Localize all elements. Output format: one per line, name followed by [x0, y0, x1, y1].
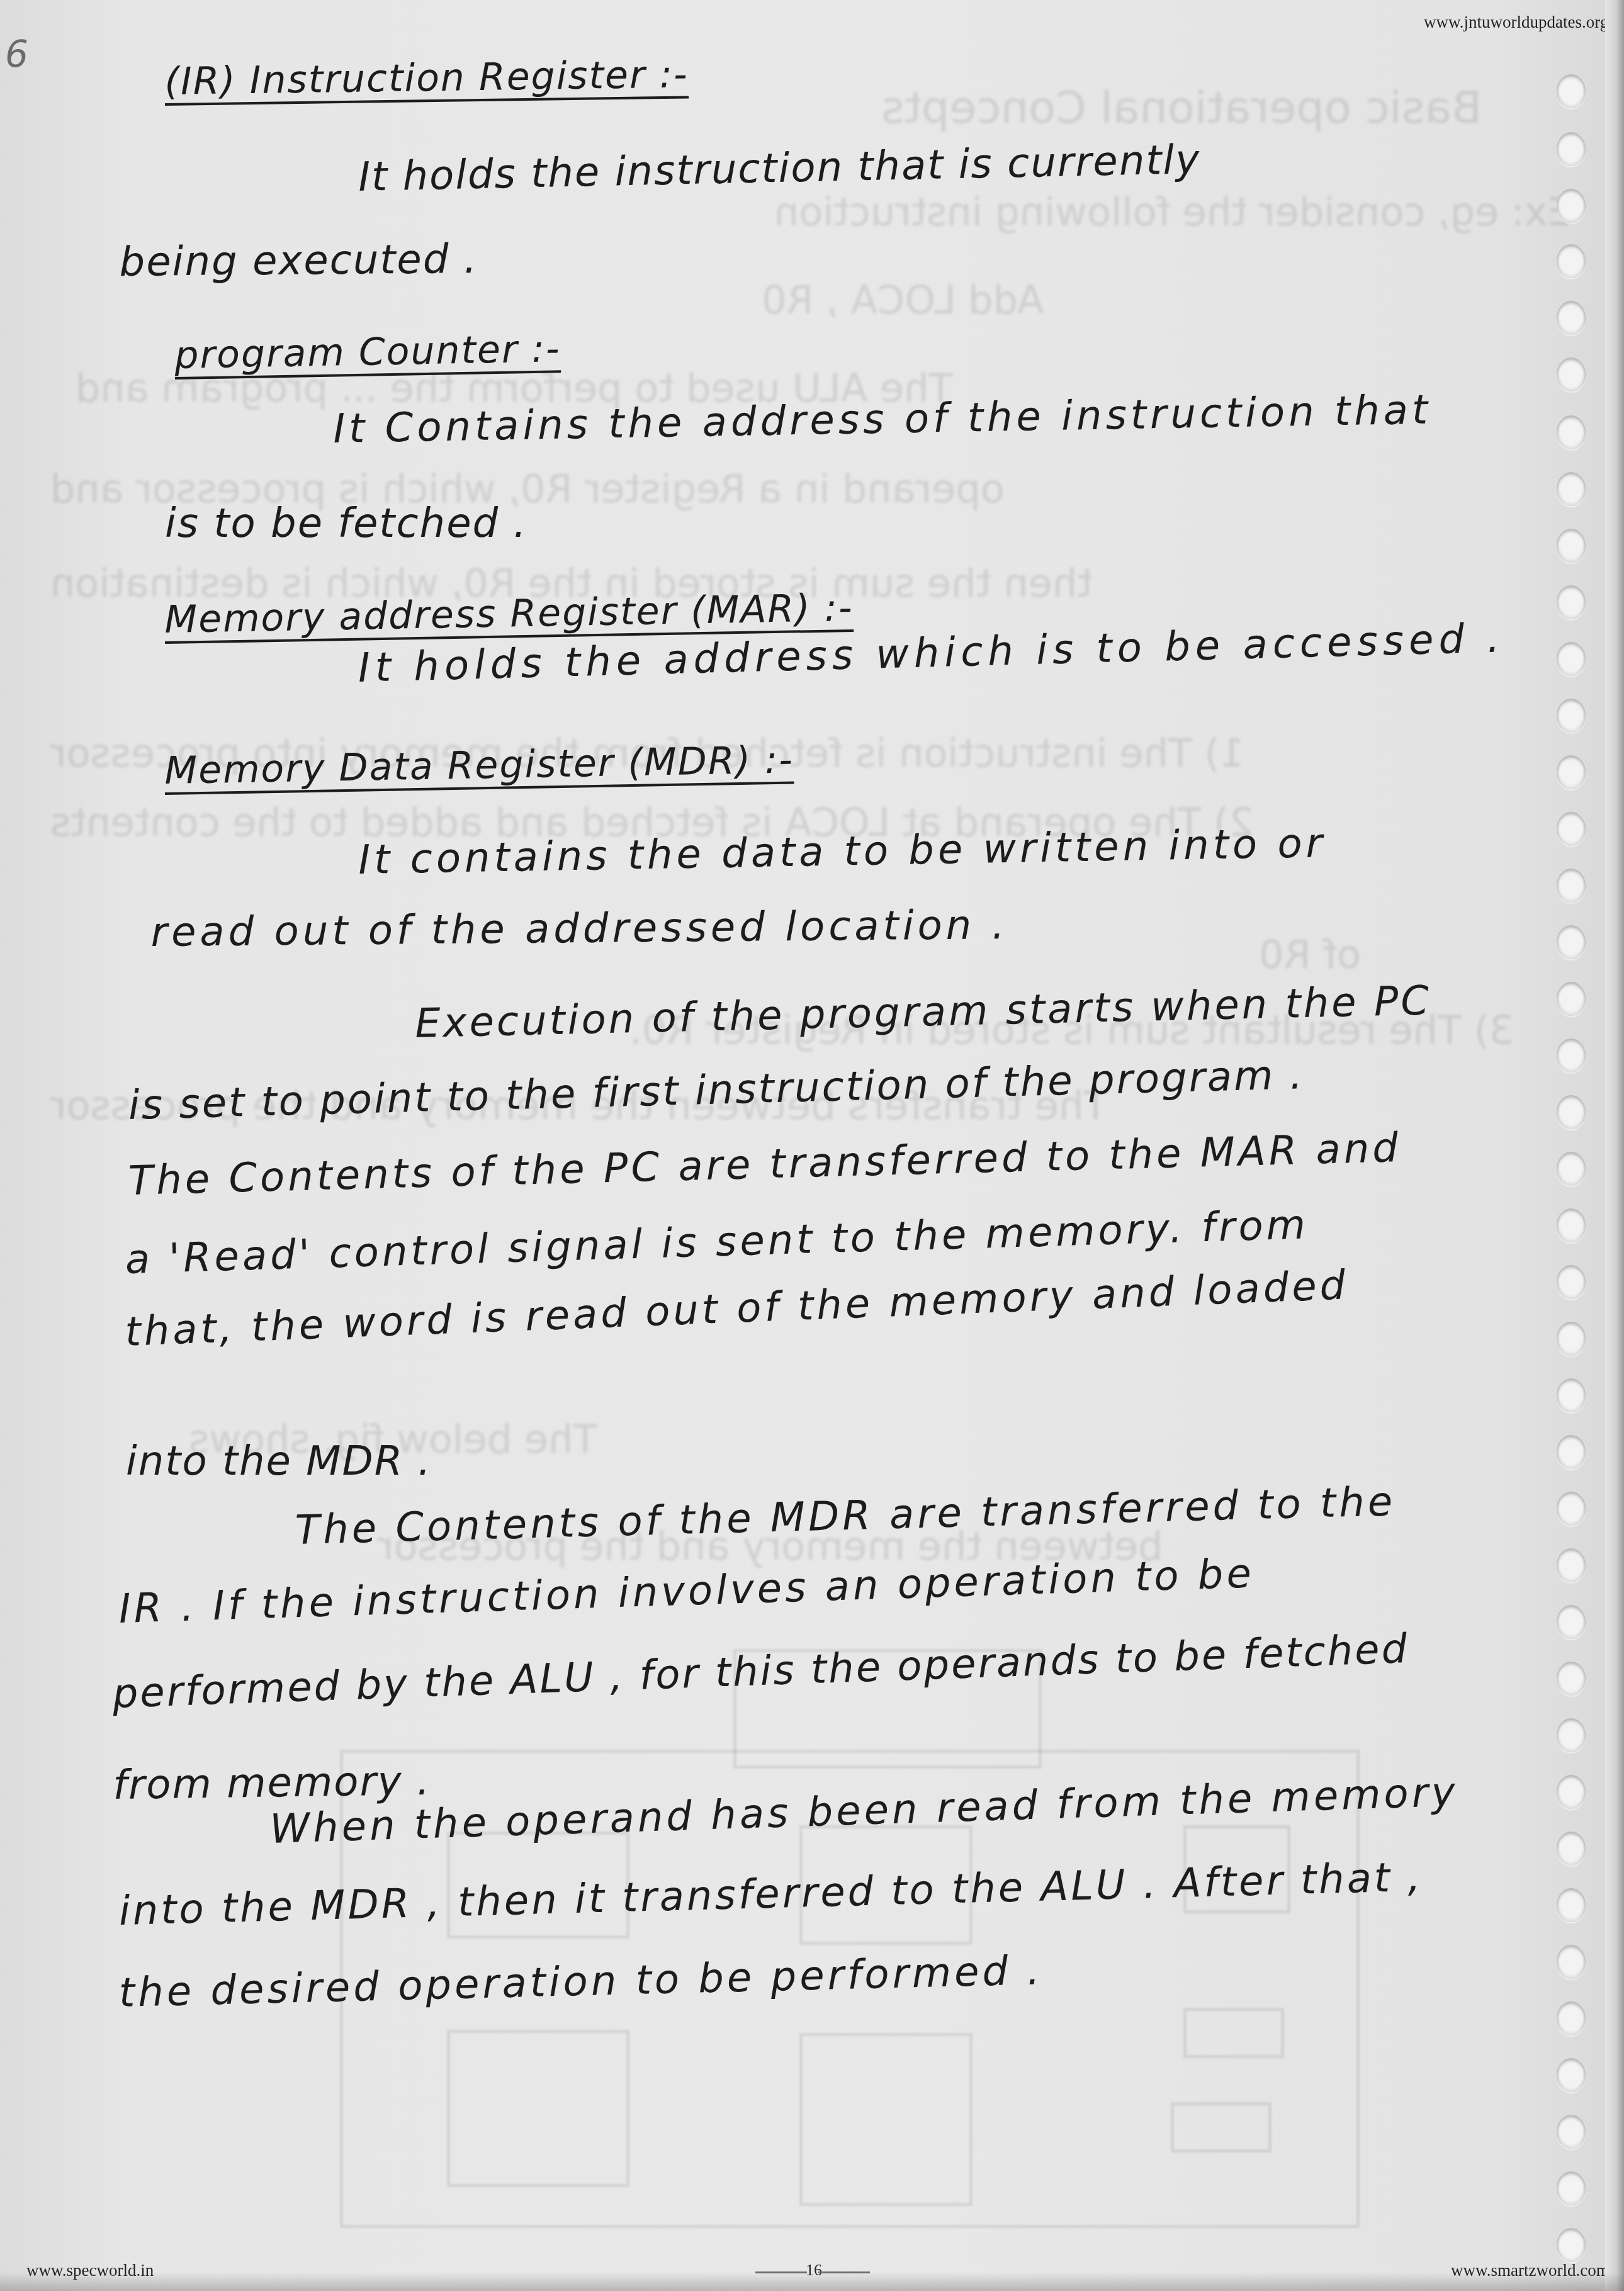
binder-hole: [1557, 982, 1586, 1016]
watermark-top-right[interactable]: www.jntuworldupdates.org: [1424, 13, 1608, 32]
binder-hole: [1557, 132, 1586, 166]
section-text: read out of the addressed location .: [150, 902, 1008, 956]
binder-hole: [1557, 74, 1586, 108]
ghost-box-pc: [1183, 2008, 1284, 2058]
section-heading-pc: program Counter :-: [174, 327, 561, 378]
binder-hole: [1557, 2171, 1586, 2205]
binder-hole: [1557, 812, 1586, 846]
binder-hole: [1557, 925, 1586, 959]
paragraph-line: The Contents of the PC are transferred t…: [128, 1125, 1402, 1205]
binder-hole: [1557, 1095, 1586, 1129]
binder-hole: [1557, 1775, 1586, 1809]
binder-hole: [1557, 1208, 1586, 1242]
binder-hole: [1557, 1662, 1586, 1696]
binder-hole: [1557, 1832, 1586, 1866]
page-edge-shadow: [1605, 0, 1624, 2291]
binder-hole: [1557, 1265, 1586, 1299]
binder-hole: [1557, 415, 1586, 449]
binder-hole: [1557, 529, 1586, 563]
binder-hole: [1557, 755, 1586, 789]
binder-hole: [1557, 2001, 1586, 2035]
binder-hole: [1557, 2228, 1586, 2262]
scanned-page: Basic operational Concepts Ex: eg, consi…: [0, 0, 1624, 2291]
section-text: is to be fetched .: [165, 500, 527, 547]
binder-hole: [1557, 244, 1586, 278]
ghost-line: Ex: eg, consider the following instructi…: [774, 189, 1572, 235]
binder-hole: [1557, 1378, 1586, 1412]
binder-hole: [1557, 301, 1586, 335]
paragraph-line: from memory .: [113, 1758, 431, 1809]
binder-hole: [1557, 189, 1586, 223]
ghost-box-alu: [447, 2030, 629, 2187]
binder-hole: [1557, 472, 1586, 506]
page-bottom-shadow: [0, 2272, 1624, 2291]
binder-hole: [1557, 699, 1586, 733]
paragraph-line: into the MDR .: [126, 1438, 432, 1485]
ghost-line: Basic operational Concepts: [881, 82, 1482, 133]
binder-hole: [1557, 1718, 1586, 1752]
ghost-line: of R0: [1259, 932, 1361, 977]
binder-hole: [1557, 585, 1586, 619]
binder-hole: [1557, 1945, 1586, 1979]
ghost-line: Add LOCA , R0: [762, 277, 1044, 323]
ghost-box-ir: [1171, 2102, 1272, 2153]
binder-hole: [1557, 869, 1586, 903]
binder-hole: [1557, 1435, 1586, 1469]
binder-hole: [1557, 357, 1586, 391]
binder-hole: [1557, 642, 1586, 676]
binder-hole: [1557, 1152, 1586, 1186]
binder-hole: [1557, 2115, 1586, 2149]
binder-hole: [1557, 1888, 1586, 1922]
binder-hole: [1557, 1492, 1586, 1526]
binder-hole: [1557, 1605, 1586, 1639]
ghost-box-registers: [799, 2033, 973, 2206]
binder-hole: [1557, 1548, 1586, 1582]
margin-page-note: 6: [5, 33, 28, 76]
section-text: being executed .: [119, 236, 478, 286]
binder-hole: [1557, 1322, 1586, 1356]
binder-hole: [1557, 1039, 1586, 1072]
binder-hole: [1557, 2058, 1586, 2092]
section-heading-ir: (IR) Instruction Register :-: [164, 52, 689, 104]
